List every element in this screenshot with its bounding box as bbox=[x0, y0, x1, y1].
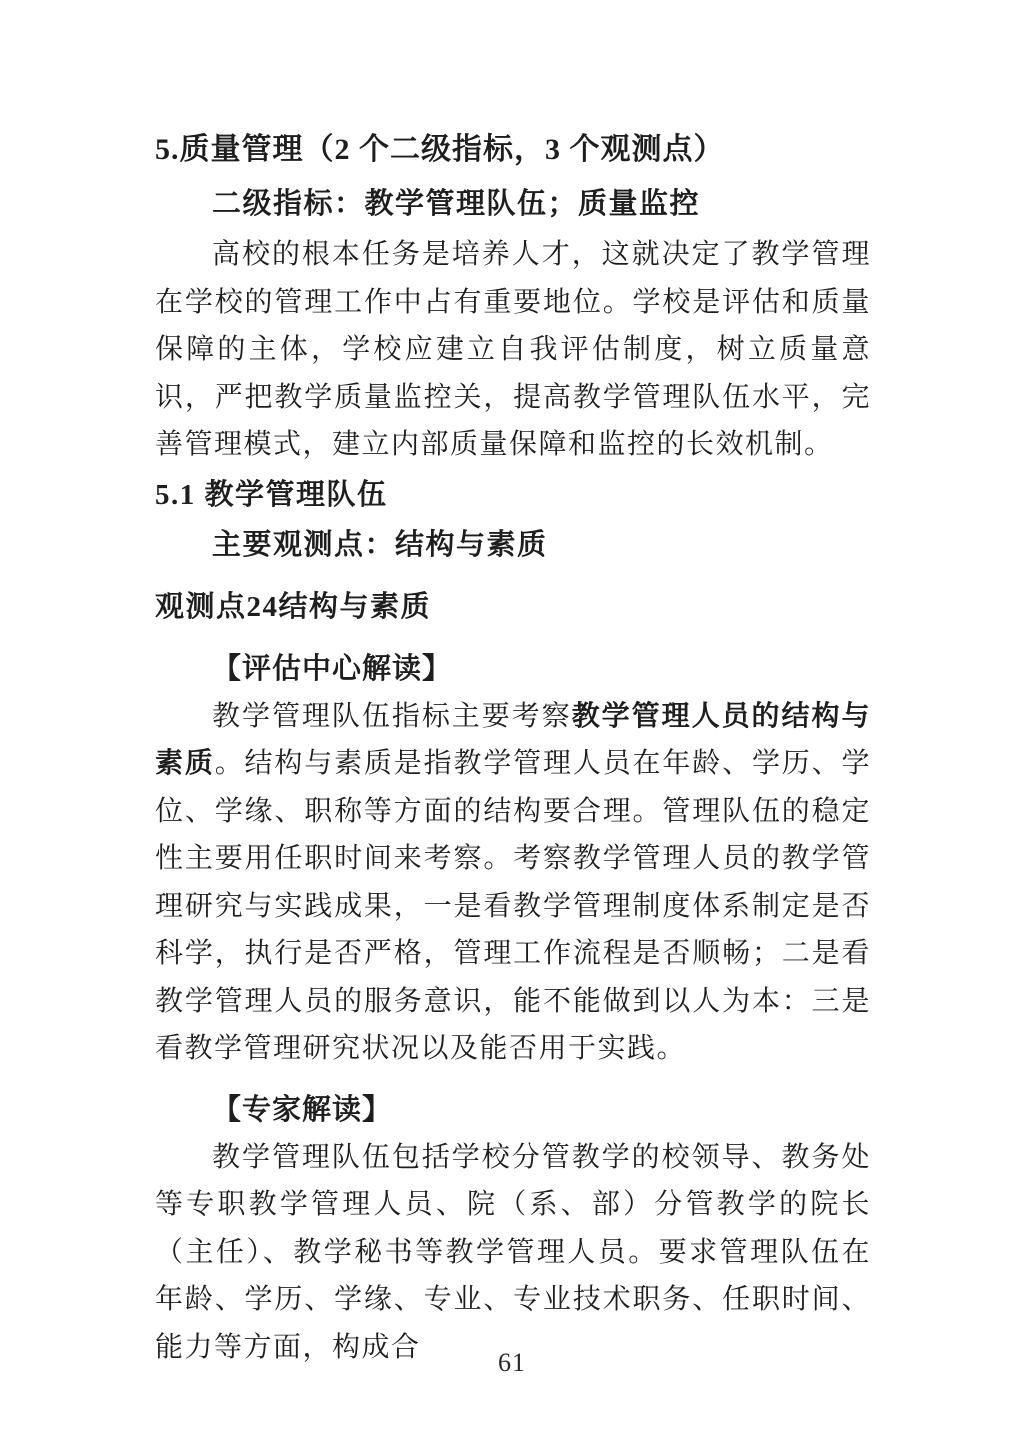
page-content: 5.质量管理（2 个二级指标，3 个观测点） 二级指标：教学管理队伍；质量监控 … bbox=[155, 126, 871, 1374]
expert-paragraph: 教学管理队伍包括学校分管教学的校领导、教务处等专职教学管理人员、院（系、部）分管… bbox=[155, 1134, 871, 1372]
page-number: 61 bbox=[0, 1348, 1024, 1378]
subsection-heading: 5.1 教学管理队伍 bbox=[155, 472, 871, 519]
observation-point-heading: 观测点24结构与素质 bbox=[155, 584, 871, 631]
section-heading: 5.质量管理（2 个二级指标，3 个观测点） bbox=[155, 126, 871, 173]
assessment-paragraph-lead: 教学管理队伍指标主要考察 bbox=[212, 701, 572, 732]
expert-title: 【专家解读】 bbox=[155, 1087, 871, 1134]
assessment-center-title: 【评估中心解读】 bbox=[155, 646, 871, 693]
assessment-paragraph-rest: 。结构与素质是指教学管理人员在年龄、学历、学位、学缘、职称等方面的结构要合理。管… bbox=[155, 748, 871, 1064]
intro-paragraph: 高校的根本任务是培养人才，这就决定了教学管理在学校的管理工作中占有重要地位。学校… bbox=[155, 231, 871, 469]
observation-line: 主要观测点：结构与素质 bbox=[155, 522, 871, 569]
document-page: 5.质量管理（2 个二级指标，3 个观测点） 二级指标：教学管理队伍；质量监控 … bbox=[0, 0, 1024, 1448]
sub-indicator-heading: 二级指标：教学管理队伍；质量监控 bbox=[155, 181, 871, 228]
assessment-center-paragraph: 教学管理队伍指标主要考察教学管理人员的结构与素质。结构与素质是指教学管理人员在年… bbox=[155, 693, 871, 1073]
